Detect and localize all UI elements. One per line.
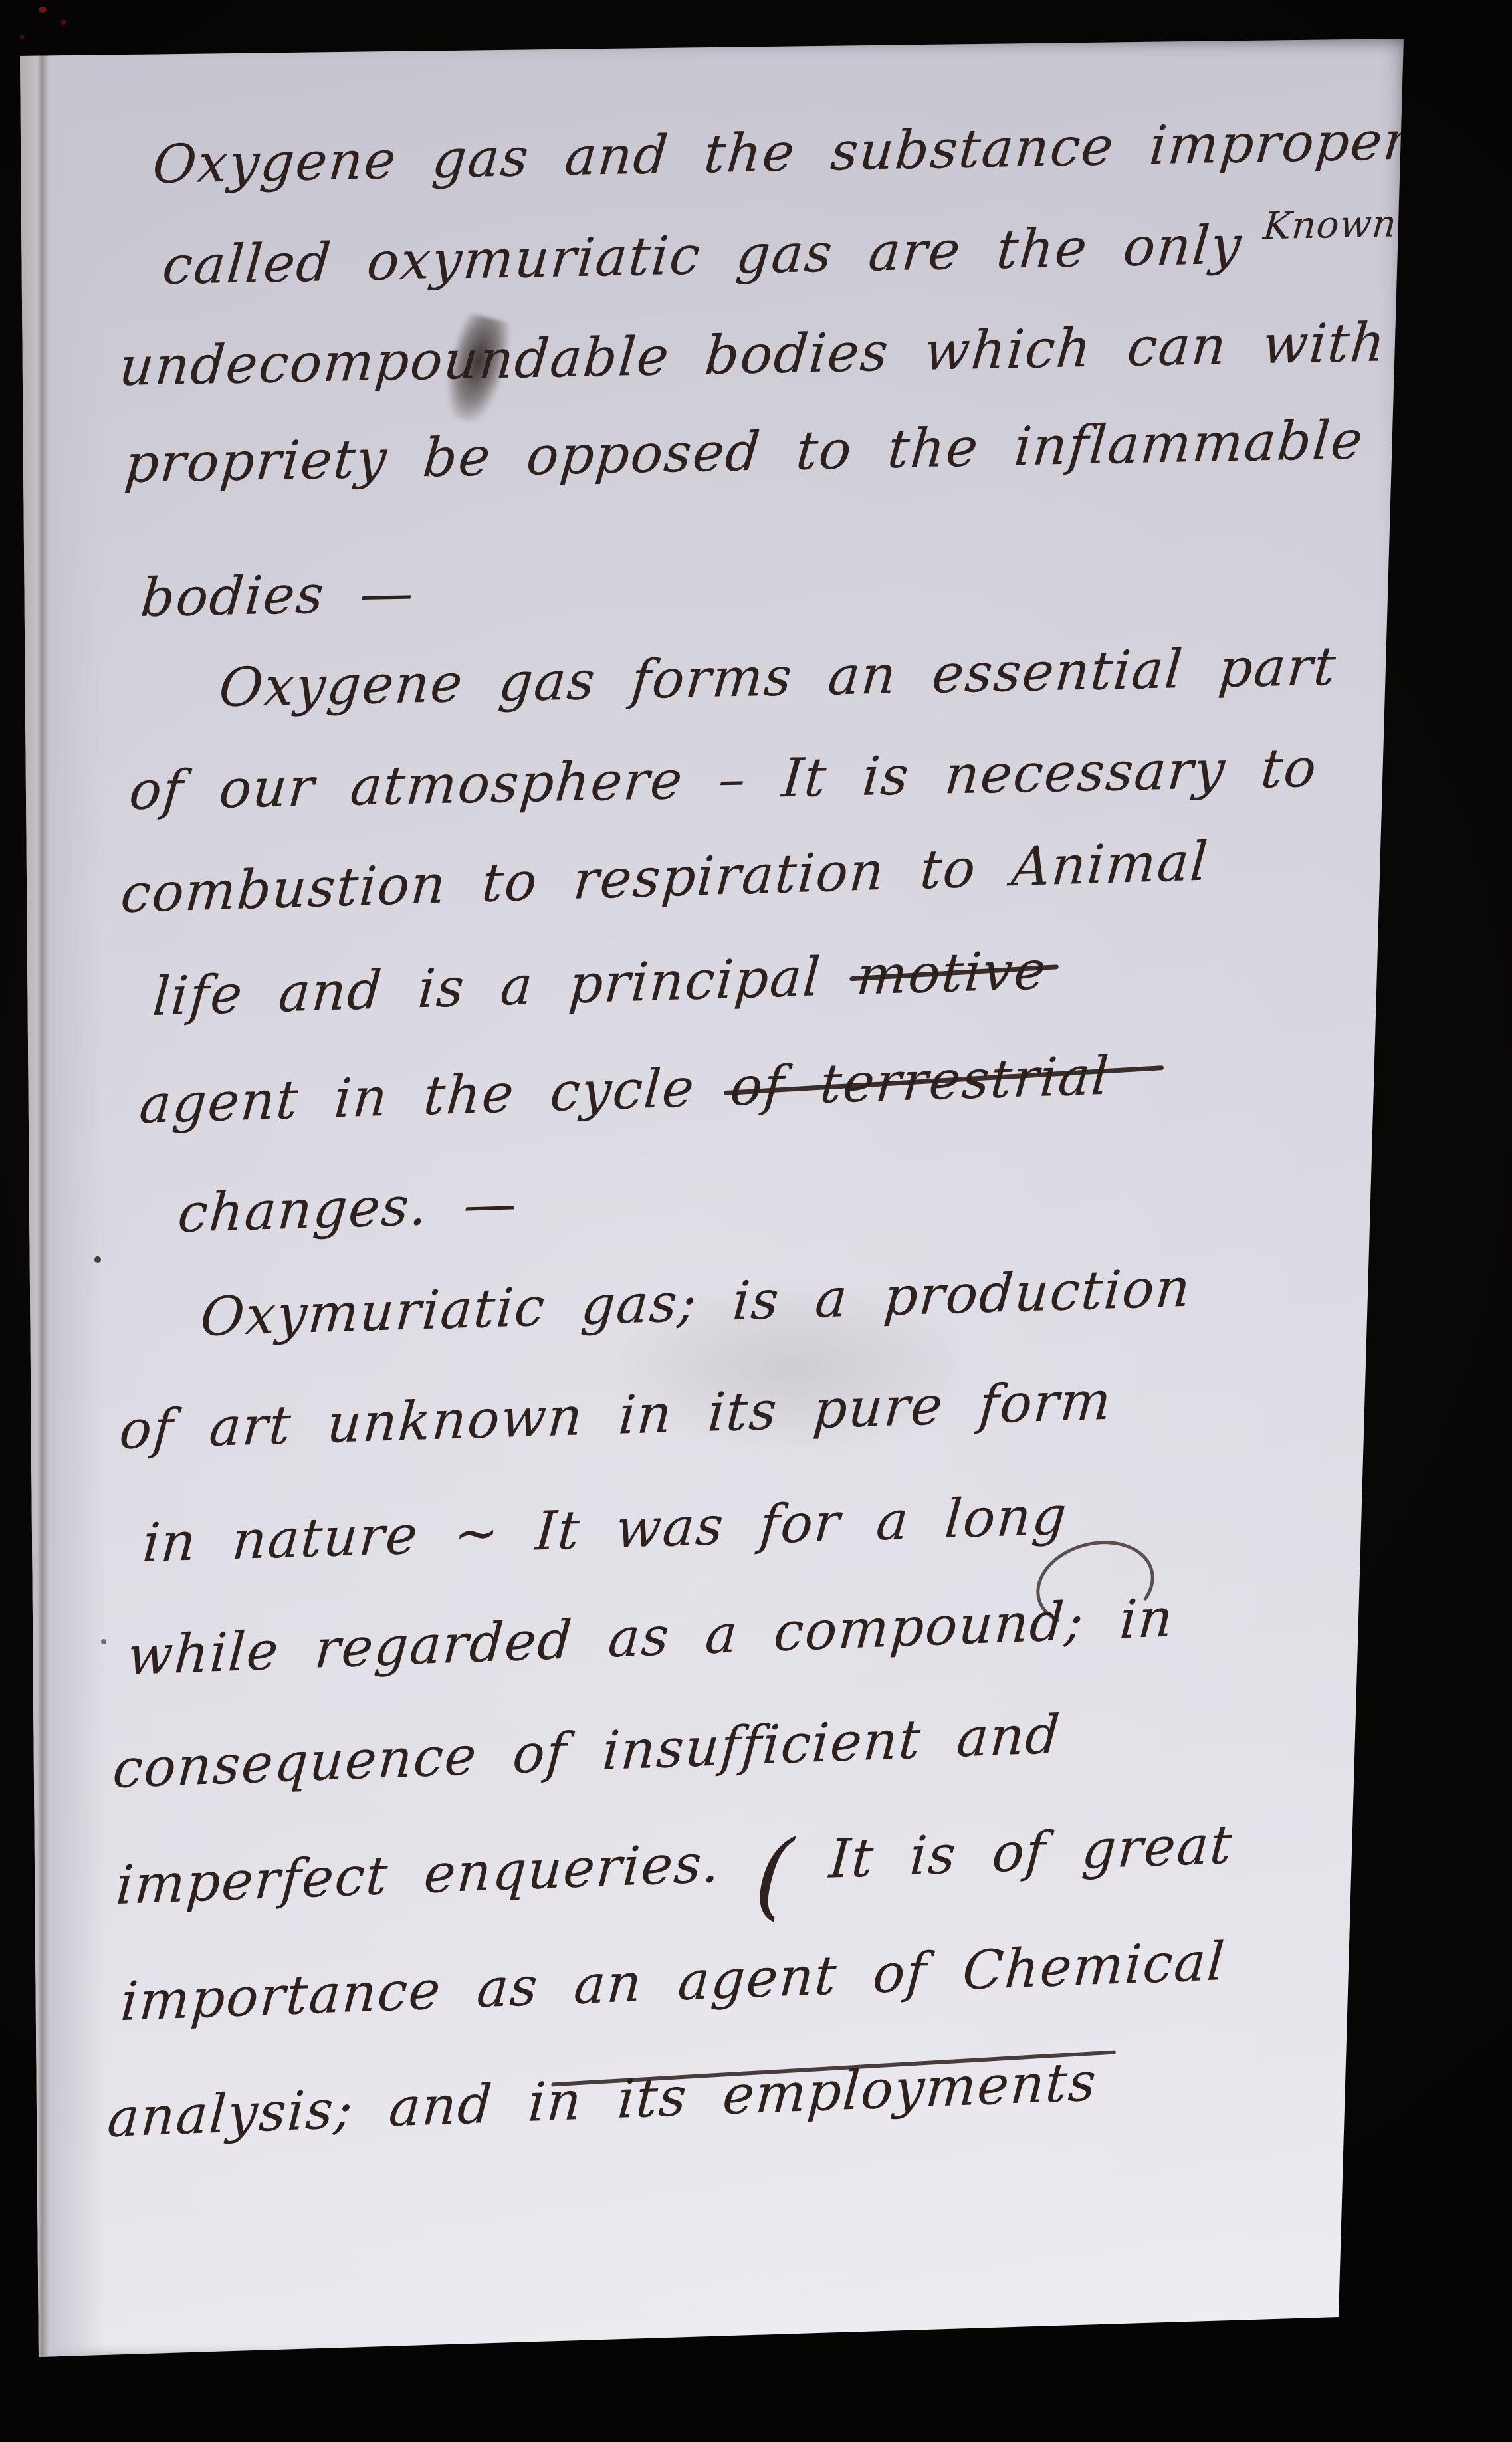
large-paren-mark: ( [752,1821,797,1931]
manuscript-line: importance as an agent of Chemical [119,1934,1228,2030]
manuscript-line: agent in the cycle of terrestrial [138,1048,1112,1133]
page-gutter-shadow [20,39,106,2357]
manuscript-line: called oxymuriatic gas are the onlyKnown [160,214,1398,294]
inserted-word: Known [1261,205,1398,247]
line-text: propriety be opposed to the inflammable [122,409,1366,495]
struck-word: motive [855,939,1049,1007]
manuscript-line: in nature ~ It was for a long [141,1488,1070,1572]
manuscript-page: Oxygene gas and the substance improperly… [20,39,1404,2357]
manuscript-line: undecompoundable bodies which can with [117,314,1388,395]
manuscript-line: Oxygene gas and the substance improperly [150,112,1462,193]
line-text: importance as an agent of Chemical [119,1930,1228,2033]
ink-speck [94,1256,101,1263]
struck-word: employments [721,2051,1099,2126]
photo-background: Oxygene gas and the substance improperly… [0,0,1512,2442]
struck-word: of terrestrial [728,1045,1113,1118]
line-text: combustion to respiration to Animal [119,830,1211,925]
line-text: in nature ~ It was for a long [141,1485,1070,1575]
line-text: undecompoundable bodies which can with [117,311,1388,397]
manuscript-line: Oxygene gas forms an essential part [217,639,1339,716]
red-speck [20,35,25,39]
manuscript-line: imperfect enqueries. ( It is of great [114,1817,1234,1914]
manuscript-line: propriety be opposed to the inflammable [122,412,1366,492]
line-text: life and is a principal [151,944,859,1028]
line-text: of our atmosphere – It is necessary to [127,737,1320,822]
red-speck [39,7,47,13]
manuscript-line: consequence of insufficient and [111,1707,1063,1798]
line-text: Oxygene gas and the substance improperly [150,108,1463,195]
manuscript-line: Oxymuriatic gas; is a production [199,1260,1194,1345]
line-text: changes. — [176,1172,521,1244]
line-text: consequence of insufficient and [111,1704,1063,1801]
line-text: analysis; and in its [106,2064,725,2149]
line-text: imperfect enqueries. [114,1831,758,1917]
manuscript-line: combustion to respiration to Animal [119,833,1211,922]
manuscript-line: analysis; and in its employments [106,2054,1099,2146]
manuscript-line: bodies — [138,565,417,626]
line-text: Oxygene gas forms an essential part [217,635,1339,719]
manuscript-line: changes. — [176,1176,520,1242]
manuscript-line: of our atmosphere – It is necessary to [127,740,1319,819]
red-speck [61,20,66,25]
ink-speck [101,1639,106,1644]
manuscript-line: while regarded as a compound; in [126,1590,1176,1684]
line-text: while regarded as a compound; in [126,1587,1176,1687]
line-text: bodies — [138,562,417,629]
line-text: called oxymuriatic gas are the only [160,214,1245,296]
line-text: agent in the cycle [138,1055,733,1135]
line-text: It is of great [792,1813,1234,1892]
manuscript-line: life and is a principal motive [151,943,1049,1025]
